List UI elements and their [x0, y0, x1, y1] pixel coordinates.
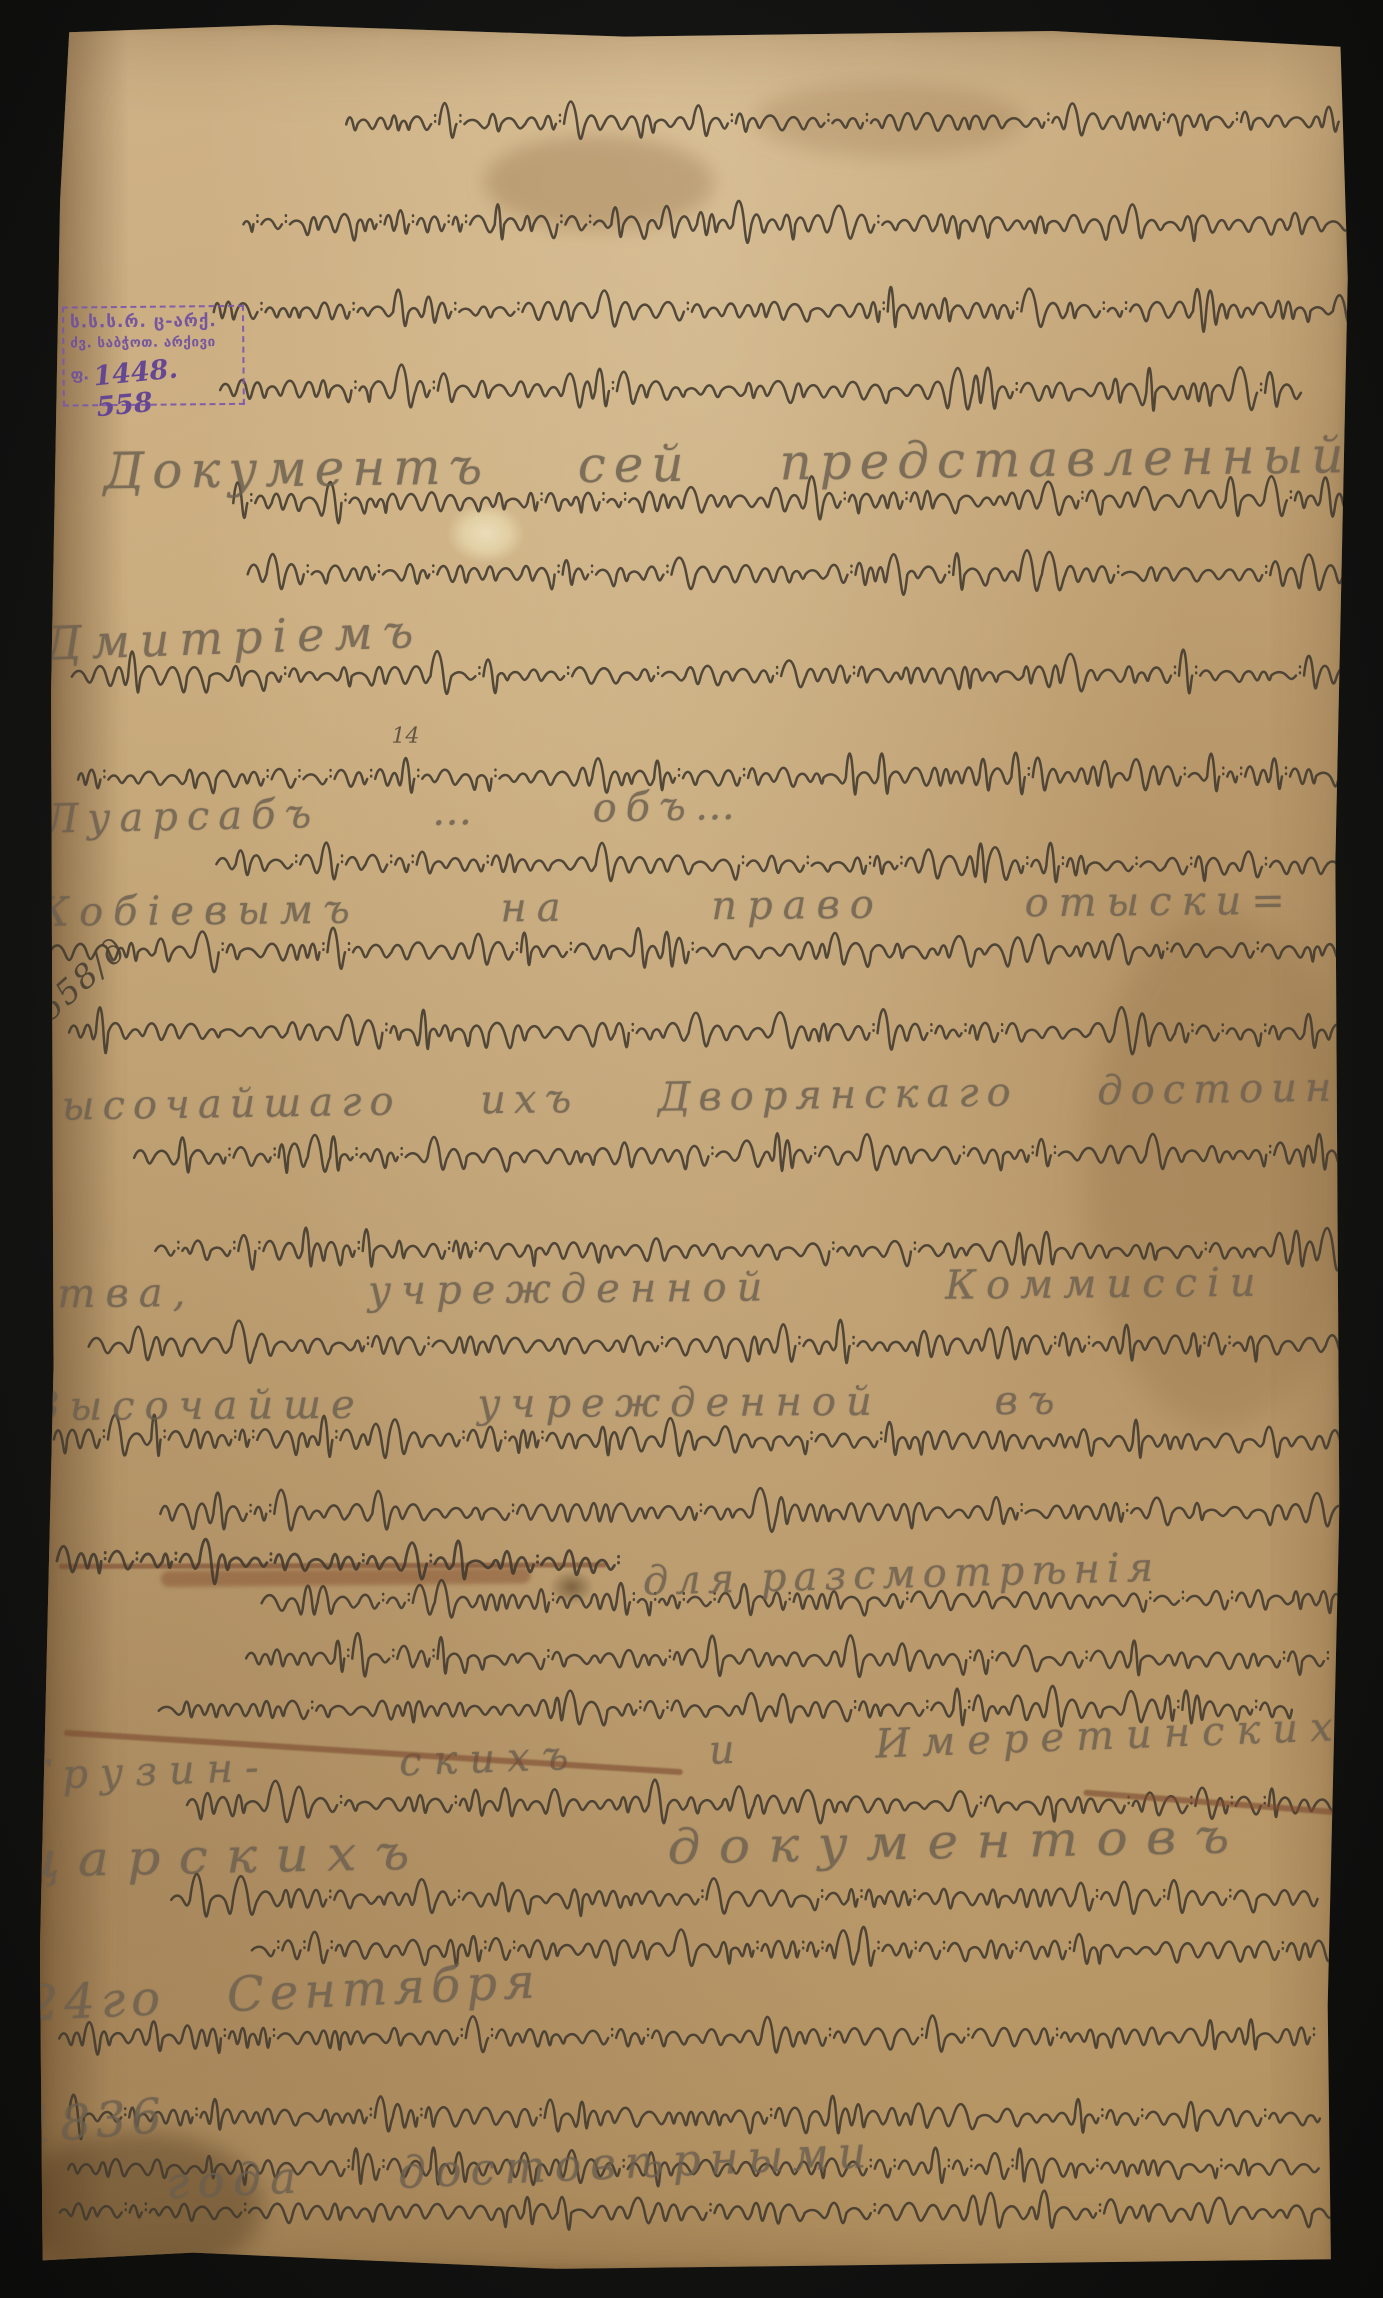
stamp-handwritten-number: 1448. 558 — [92, 348, 239, 423]
stamp-line1: ს.ს.ს.რ. ც-არქ. — [70, 311, 236, 333]
handwriting-line — [89, 1304, 1339, 1389]
stamp-line2: ძვ. საბჭოთ. არქივი — [70, 334, 236, 352]
archive-stamp: ს.ს.ს.რ. ც-არქ. ძვ. საბჭოთ. არქივი ფ. 14… — [62, 305, 245, 407]
interlinear-annotation: 1836 — [23, 2088, 169, 2155]
manuscript-page: ს.ს.ს.რ. ც-არქ. ძვ. საბჭოთ. არქივი ფ. 14… — [37, 21, 1351, 2275]
handwriting-line — [243, 182, 1353, 267]
margin-small-mark: 14 — [391, 724, 419, 749]
handwriting-line — [214, 269, 1344, 354]
interlinear-annotation: Высочайше учрежденной въ — [30, 1378, 1065, 1430]
handwriting-line — [220, 348, 1300, 435]
struck-out-word — [57, 1519, 598, 1607]
handwriting-line — [69, 990, 1339, 1075]
manuscript-photo: ს.ს.ს.რ. ც-არქ. ძვ. საბჭოთ. არქივი ფ. 14… — [0, 0, 1383, 2298]
georgian-handwriting-block — [55, 21, 1351, 31]
handwriting-line — [346, 80, 1336, 167]
stamp-fond-prefix: ფ. — [70, 365, 89, 383]
